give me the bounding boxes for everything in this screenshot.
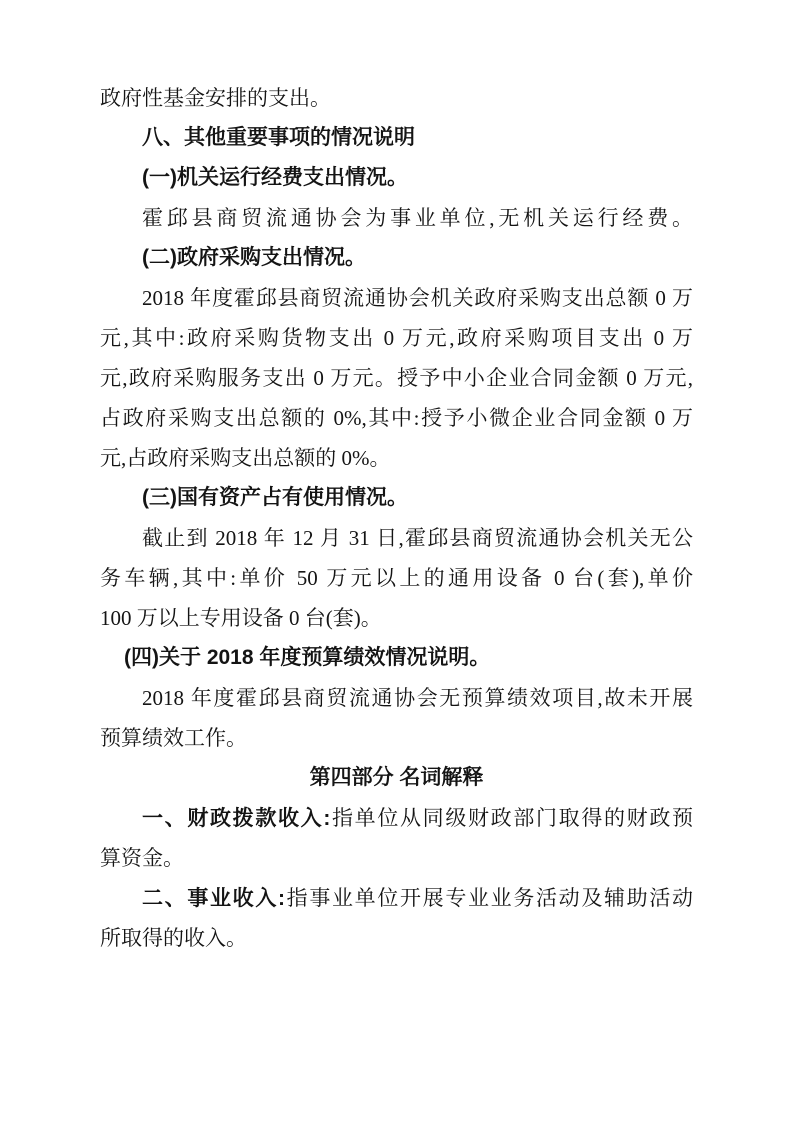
term-label: 二、事业收入: bbox=[142, 887, 285, 910]
paragraph-line: 元,政府采购服务支出 0 万元。授予中小企业合同金额 0 万元, bbox=[100, 358, 693, 398]
paragraph-line: 2018 年度霍邱县商贸流通协会无预算绩效项目,故未开展 bbox=[100, 678, 693, 718]
term-fiscal-appropriation-income: 一、财政拨款收入:指单位从同级财政部门取得的财政预 bbox=[100, 798, 693, 838]
paragraph-line: 截止到 2018 年 12 月 31 日,霍邱县商贸流通协会机关无公 bbox=[100, 518, 693, 558]
paragraph-line: 算资金。 bbox=[100, 838, 693, 878]
heading-agency-operating-expenses: (一)机关运行经费支出情况。 bbox=[100, 158, 693, 198]
document-page: 政府性基金安排的支出。 八、其他重要事项的情况说明 (一)机关运行经费支出情况。… bbox=[0, 0, 793, 1122]
term-definition: 指事业单位开展专业业务活动及辅助活动 bbox=[285, 886, 693, 910]
term-operating-income: 二、事业收入:指事业单位开展专业业务活动及辅助活动 bbox=[100, 878, 693, 918]
paragraph-line: 占政府采购支出总额的 0%,其中:授予小微企业合同金额 0 万 bbox=[100, 398, 693, 438]
paragraph-line: 元,其中:政府采购货物支出 0 万元,政府采购项目支出 0 万 bbox=[100, 318, 693, 358]
paragraph-line: 霍邱县商贸流通协会为事业单位,无机关运行经费。 bbox=[100, 198, 693, 238]
heading-government-procurement: (二)政府采购支出情况。 bbox=[100, 238, 693, 278]
term-definition: 指单位从同级财政部门取得的财政预 bbox=[330, 806, 693, 830]
heading-budget-performance: (四)关于 2018 年度预算绩效情况说明。 bbox=[100, 638, 693, 678]
paragraph-line: 预算绩效工作。 bbox=[100, 718, 693, 758]
heading-part4-glossary: 第四部分 名词解释 bbox=[100, 758, 693, 798]
heading-other-important-items: 八、其他重要事项的情况说明 bbox=[100, 118, 693, 158]
document-body: 政府性基金安排的支出。 八、其他重要事项的情况说明 (一)机关运行经费支出情况。… bbox=[100, 78, 693, 958]
paragraph-line: 2018 年度霍邱县商贸流通协会机关政府采购支出总额 0 万 bbox=[100, 278, 693, 318]
term-label: 一、财政拨款收入: bbox=[142, 807, 330, 830]
paragraph-line: 政府性基金安排的支出。 bbox=[100, 78, 693, 118]
heading-state-owned-assets: (三)国有资产占有使用情况。 bbox=[100, 478, 693, 518]
paragraph-line: 务车辆,其中:单价 50 万元以上的通用设备 0 台(套),单价 bbox=[100, 558, 693, 598]
paragraph-line: 所取得的收入。 bbox=[100, 918, 693, 958]
paragraph-line: 元,占政府采购支出总额的 0%。 bbox=[100, 438, 693, 478]
paragraph-line: 100 万以上专用设备 0 台(套)。 bbox=[100, 598, 693, 638]
